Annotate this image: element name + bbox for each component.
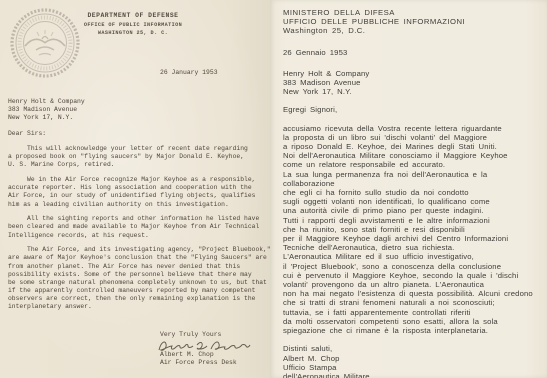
text-line: come un relatore responsabile ed accurat… [283, 160, 541, 169]
text-line: 383 Madison Avenue [283, 78, 541, 87]
text-line: been cleared and made available to Major… [8, 223, 266, 231]
text-line: Tutti i rapporti degli avvistamenti e le… [283, 216, 541, 225]
text-line: non ha mai negato l'esistenza di questa … [283, 289, 541, 298]
letterhead: MINISTERO DELLA DIFESAUFFICIO DELLE PUBB… [283, 8, 541, 36]
salutation: Dear Sirs: [8, 130, 266, 138]
text-line: Air Force, in our study of unidentified … [8, 192, 266, 200]
text-line: Henry Holt & Company [8, 98, 85, 106]
text-line: Distinti saluti, [283, 344, 541, 353]
text-line: una autorità civile di primo piano per q… [283, 206, 541, 215]
text-line: Tecniche dell'Aeronautica, dietro sua ri… [283, 243, 541, 252]
text-line: che egli ci ha fornito sullo studio da n… [283, 188, 541, 197]
text-line: We in the Air Force recognize Major Keyh… [8, 176, 266, 184]
text-line: spiegazione che ci rimane è la risposta … [283, 326, 541, 335]
text-line: da molti osservatori competenti sono esa… [283, 317, 541, 326]
text-line: cui è pervenuto il Maggiore Keyhoe, seco… [283, 271, 541, 280]
text-line: per il Maggiore Keyhoe dagli archivi del… [283, 234, 541, 243]
text-line: are aware of Major Keyhoe's conclusion t… [8, 254, 266, 262]
text-line: volanti' provengono da un altro pianeta.… [283, 280, 541, 289]
letter-body: accusiamo ricevuta della Vostra recente … [283, 124, 541, 336]
text-line: from another planet. The Air Force has n… [8, 263, 266, 271]
italian-letter: MINISTERO DELLA DIFESAUFFICIO DELLE PUBB… [283, 8, 541, 378]
recipient-address: Henry Holt & Company383 Madison AvenueNe… [283, 69, 541, 97]
letter-date: 26 January 1953 [160, 69, 218, 76]
letter-date: 26 Gennaio 1953 [283, 48, 541, 57]
paragraph: All the sighting reports and other infor… [8, 215, 266, 239]
letterhead-line: OFFICE OF PUBLIC INFORMATION [58, 22, 208, 28]
text-line: accurate reporter. His long association … [8, 184, 266, 192]
text-line: him as a leading civilian authority on t… [8, 201, 266, 209]
text-line: accusiamo ricevuta della Vostra recente … [283, 124, 541, 133]
paragraph: The Air Force, and its investigating age… [8, 246, 266, 311]
signer-name: Albert M. Chop [160, 351, 252, 359]
text-line: a proposed book on "flying saucers" by M… [8, 153, 266, 161]
book-spread: DEPARTMENT OF DEFENSE OFFICE OF PUBLIC I… [0, 0, 547, 378]
text-line: che si tratti di strani fenomeni natural… [283, 298, 541, 307]
text-line: Albert M. Chop [283, 354, 541, 363]
letter-body: Dear Sirs: This will acknowledge your le… [8, 130, 266, 318]
text-line: Intelligence records, at his request. [8, 232, 266, 240]
text-line: All the sighting reports and other infor… [8, 215, 266, 223]
text-line: be some strange natural phenomena comple… [8, 279, 266, 287]
text-line: Washington 25, D.C. [283, 26, 541, 35]
text-line: Ufficio Stampa [283, 363, 541, 372]
text-line: L'Aeronautica Militare ed il suo ufficio… [283, 252, 541, 261]
text-line: Henry Holt & Company [283, 69, 541, 78]
text-line: New York 17, N.Y. [8, 114, 85, 122]
closing-block: Distinti saluti,Albert M. ChopUfficio St… [283, 344, 541, 378]
text-line: tuttavia, se i fatti apparentemente cont… [283, 308, 541, 317]
paragraph: This will acknowledge your letter of rec… [8, 145, 266, 169]
scanned-letter-english: DEPARTMENT OF DEFENSE OFFICE OF PUBLIC I… [0, 0, 270, 378]
letterhead-line: DEPARTMENT OF DEFENSE [58, 12, 208, 19]
text-line: U. S. Marine Corps, retired. [8, 161, 266, 169]
letterhead: DEPARTMENT OF DEFENSE OFFICE OF PUBLIC I… [58, 12, 208, 36]
printed-letter-italian: MINISTERO DELLA DIFESAUFFICIO DELLE PUBB… [270, 0, 547, 378]
text-line: New York 17, N.Y. [283, 87, 541, 96]
text-line: MINISTERO DELLA DIFESA [283, 8, 541, 17]
text-line: sugli oggetti volanti non identificati, … [283, 197, 541, 206]
paragraph: We in the Air Force recognize Major Keyh… [8, 176, 266, 209]
text-line: if the apparently controlled maneuvers r… [8, 287, 266, 295]
text-line: observers are correct, then the only rem… [8, 295, 266, 303]
text-line: che ha riunito, sono stati forniti e res… [283, 225, 541, 234]
text-line: This will acknowledge your letter of rec… [8, 145, 266, 153]
text-line: La sua lunga permanenza fra noi dell'Aer… [283, 170, 541, 188]
closing-block: Very Truly Yours Albert M. Chop Air Forc… [160, 331, 252, 367]
text-line: interplanetary answer. [8, 303, 266, 311]
text-line: la proposta di un libro sui 'dischi vola… [283, 133, 541, 142]
text-line: 383 Madison Avenue [8, 106, 85, 114]
recipient-address: Henry Holt & Company383 Madison AvenueNe… [8, 98, 85, 123]
text-line: possibility exists. Some of the personne… [8, 271, 266, 279]
text-line: dell'Aeronautica Militare [283, 372, 541, 378]
salutation: Egregi Signori, [283, 105, 541, 114]
text-line: a riposo Donald E. Keyhoe, dei Marines d… [283, 142, 541, 151]
text-line: Noi dell'Aeronautica Militare conosciamo… [283, 151, 541, 160]
text-line: UFFICIO DELLE PUBBLICHE INFORMAZIONI [283, 17, 541, 26]
letterhead-line: WASHINGTON 25, D. C. [58, 30, 208, 36]
text-line: The Air Force, and its investigating age… [8, 246, 266, 254]
signer-title: Air Force Press Desk [160, 359, 252, 367]
text-line: il 'Project Bluebook', sono a conoscenza… [283, 262, 541, 271]
